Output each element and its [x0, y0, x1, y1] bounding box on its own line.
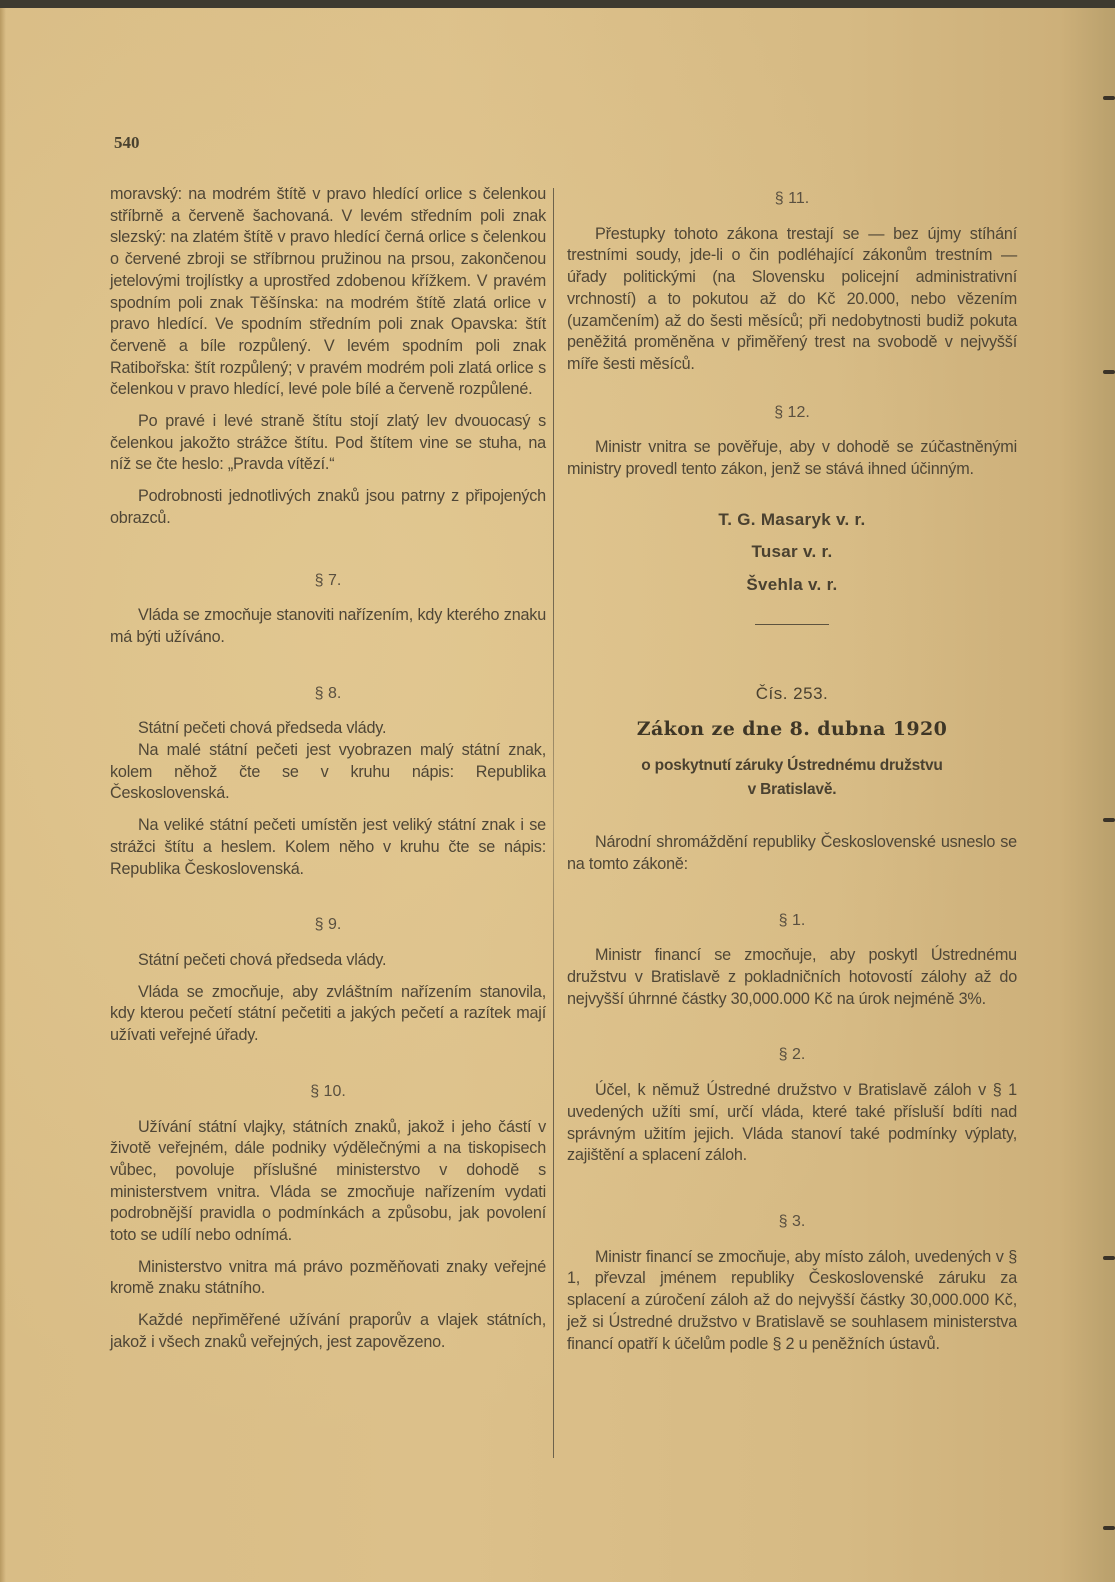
- paragraph: Po pravé i levé straně štítu stojí zlatý…: [110, 411, 546, 476]
- page-edge-mark: [1103, 818, 1115, 822]
- paragraph: Státní pečeti chová předseda vlády.: [110, 718, 546, 740]
- paragraph: Vláda se zmocňuje stanoviti nařízením, k…: [110, 605, 546, 648]
- section-heading-8: § 8.: [110, 683, 546, 705]
- page-edge-mark: [1103, 1256, 1115, 1260]
- page-edge-mark: [1103, 96, 1115, 100]
- paragraph: Na veliké státní pečeti umístěn jest vel…: [110, 815, 546, 880]
- law-subtitle-line-2: v Bratislavě.: [567, 778, 1017, 802]
- paragraph: Ministr financí se zmocňuje, aby poskytl…: [567, 945, 1017, 1010]
- paragraph: Státní pečeti chová předseda vlády.: [110, 950, 546, 972]
- page-edge-mark: [1103, 370, 1115, 374]
- right-column: § 11. Přestupky tohoto zákona trestají s…: [567, 184, 1017, 1355]
- paragraph: Podrobnosti jednotlivých znaků jsou patr…: [110, 486, 546, 529]
- paragraph: Vláda se zmocňuje, aby zvláštním nařízen…: [110, 982, 546, 1047]
- page-number: 540: [114, 133, 140, 153]
- paragraph: Ministr vnitra se pověřuje, aby v dohodě…: [567, 437, 1017, 480]
- section-heading-12: § 12.: [567, 402, 1017, 424]
- section-heading-1: § 1.: [567, 910, 1017, 932]
- section-heading-9: § 9.: [110, 914, 546, 936]
- paragraph: moravský: na modrém štítě v pravo hledíc…: [110, 184, 546, 401]
- column-divider: [553, 188, 554, 1458]
- section-heading-2: § 2.: [567, 1044, 1017, 1066]
- separator-rule: [755, 624, 829, 625]
- section-heading-7: § 7.: [110, 570, 546, 592]
- paragraph: Účel, k němuž Ústredné družstvo v Bratis…: [567, 1080, 1017, 1167]
- signature-tusar: Tusar v. r.: [567, 541, 1017, 563]
- law-subtitle: o poskytnutí záruky Ústrednému družstvu …: [567, 754, 1017, 802]
- law-number: Čís. 253.: [567, 683, 1017, 705]
- section-heading-10: § 10.: [110, 1081, 546, 1103]
- law-title: Zákon ze dne 8. dubna 1920: [567, 719, 1017, 741]
- section-heading-11: § 11.: [567, 188, 1017, 210]
- paragraph: Ministerstvo vnitra má právo pozměňovati…: [110, 1257, 546, 1300]
- law-subtitle-line-1: o poskytnutí záruky Ústrednému družstvu: [567, 754, 1017, 778]
- signature-svehla: Švehla v. r.: [567, 574, 1017, 596]
- preamble: Národní shromáždění republiky Českoslove…: [567, 832, 1017, 875]
- signature-masaryk: T. G. Masaryk v. r.: [567, 509, 1017, 531]
- scanned-page: 540 moravský: na modrém štítě v pravo hl…: [0, 8, 1115, 1582]
- paragraph: Ministr financí se zmocňuje, aby místo z…: [567, 1247, 1017, 1356]
- paragraph: Užívání státní vlajky, státních znaků, j…: [110, 1117, 546, 1247]
- paragraph: Na malé státní pečeti jest vyobrazen mal…: [110, 740, 546, 805]
- page-edge-mark: [1103, 1526, 1115, 1530]
- left-column: moravský: na modrém štítě v pravo hledíc…: [110, 184, 546, 1354]
- paragraph: Přestupky tohoto zákona trestají se — be…: [567, 224, 1017, 376]
- section-heading-3: § 3.: [567, 1211, 1017, 1233]
- paragraph: Každé nepřiměřené užívání praporův a vla…: [110, 1310, 546, 1353]
